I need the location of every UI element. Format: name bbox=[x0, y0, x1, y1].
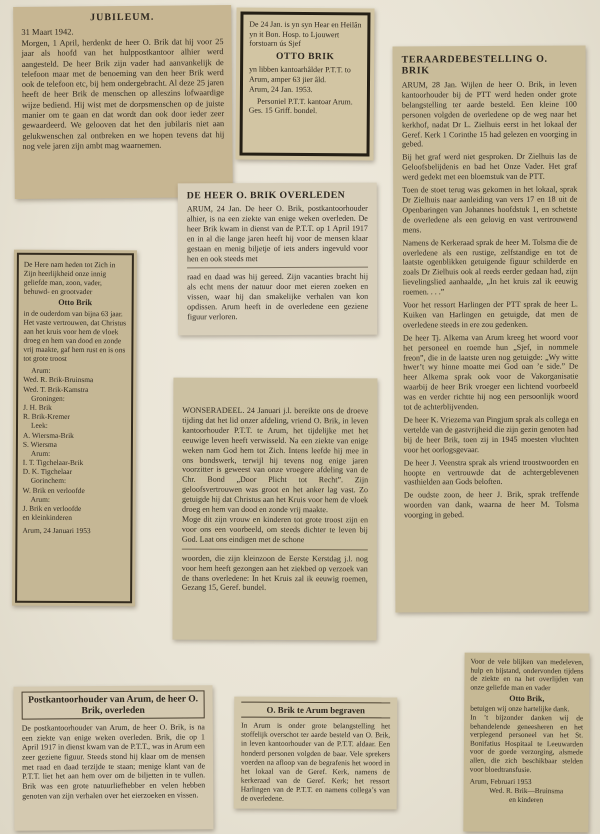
scrapbook-page: JUBILEUM. 31 Maart 1942. Morgen, 1 April… bbox=[0, 0, 600, 834]
mourner-name: en kleinkinderen bbox=[23, 513, 126, 523]
death-notice-place-date: Arum, 24 Jan. 1953. bbox=[249, 84, 361, 95]
teraardebestelling-para: ARUM, 28 Jan. Wijlen de heer O. Brik, in… bbox=[402, 80, 577, 150]
overleden-title: DE HEER O. BRIK OVERLEDEN bbox=[187, 190, 368, 202]
mourner-name: Wed. T. Brik-Kamstra bbox=[23, 384, 126, 394]
teraardebestelling-para: De heer K. Vriezema van Pingjum sprak al… bbox=[403, 415, 578, 456]
mourner-name: S. Wiersma bbox=[23, 439, 126, 449]
mourner-location: Leek: bbox=[23, 421, 126, 431]
mourner-location: Arum: bbox=[23, 494, 126, 504]
teraardebestelling-para: De heer J. Veenstra sprak als vriend tro… bbox=[404, 457, 579, 488]
family-notice-name: Otto Brik bbox=[24, 298, 127, 308]
dankbetuiging-intro: Voor de vele blijken van medeleven, hulp… bbox=[470, 658, 583, 693]
postkantoorhouder-title: Postkantoorhouder van Arum, de heer O. B… bbox=[22, 690, 205, 719]
mourner-name: Wed. R. Brik-Bruinsma bbox=[23, 375, 126, 385]
jubileum-body: Morgen, 1 April, herdenkt de heer O. Bri… bbox=[21, 37, 224, 152]
dankbetuiging-place-date: Arum, Februari 1953 bbox=[470, 777, 583, 787]
teraardebestelling-title: TERAARDEBESTELLING O. BRIK bbox=[402, 54, 577, 77]
wonseradeel-para2: Moge dit zijn vrouw en kinderen tot grot… bbox=[182, 515, 368, 545]
teraardebestelling-para: De heer Tj. Alkema van Arum kreeg het wo… bbox=[403, 332, 578, 412]
family-notice-intro: De Here nam heden tot Zich in Zijn heerl… bbox=[24, 260, 127, 297]
mourner-name: I. T. Tigchelaar-Brik bbox=[23, 458, 126, 468]
teraardebestelling-para: De oudste zoon, de heer J. Brik, sprak t… bbox=[404, 490, 579, 521]
clipping-postkantoorhouder: Postkantoorhouder van Arum, de heer O. B… bbox=[13, 685, 213, 830]
clipping-overleden: DE HEER O. BRIK OVERLEDEN ARUM, 24 Jan. … bbox=[178, 183, 378, 336]
death-notice-intro: De 24 Jan. is yn syn Hear en Heilân yn i… bbox=[249, 20, 361, 50]
death-notice-details: yn libben kantoarhâlder P.T.T. to Arum, … bbox=[249, 65, 361, 85]
jubileum-date: 31 Maart 1942. bbox=[21, 25, 223, 37]
overleden-para2: raad en daad was hij gereed. Zijn vacant… bbox=[187, 272, 368, 322]
clipping-family-notice: De Here nam heden tot Zich in Zijn heerl… bbox=[12, 250, 137, 607]
mourner-name: A. Wiersma-Brik bbox=[23, 430, 126, 440]
overleden-para1: ARUM, 24 Jan. De heer O. Brik, postkanto… bbox=[187, 204, 368, 264]
mourner-name: J. Brik en verloofde bbox=[23, 504, 126, 514]
clipping-dankbetuiging: Voor de vele blijken van medeleven, hulp… bbox=[463, 653, 589, 833]
clipping-death-notice: De 24 Jan. is yn syn Hear en Heilân yn i… bbox=[235, 8, 374, 161]
begraven-title: O. Brik te Arum begraven bbox=[241, 702, 390, 719]
wonseradeel-para1: WONSERADEEL. 24 Januari j.l. bereikte on… bbox=[182, 406, 368, 516]
family-notice-faith: Het vaste vertrouwen, dat Christus aan h… bbox=[23, 318, 126, 364]
mourner-name: D. K. Tigchelaar bbox=[23, 467, 126, 477]
postkantoorhouder-body: De postkantoorhouder van Arum, de heer O… bbox=[22, 722, 206, 801]
clipping-seam bbox=[187, 267, 368, 269]
teraardebestelling-para: Bij het graf werd niet gesproken. Dr Zie… bbox=[402, 152, 577, 183]
teraardebestelling-para: Voor het ressort Harlingen der PTT sprak… bbox=[403, 300, 578, 331]
family-notice-frame: De Here nam heden tot Zich in Zijn heerl… bbox=[15, 253, 134, 604]
clipping-wonseradeel: WONSERADEEL. 24 Januari j.l. bereikte on… bbox=[173, 378, 378, 641]
mourner-name: W. Brik en verloofde bbox=[23, 485, 126, 495]
dankbetuiging-name: Otto Brik, bbox=[470, 694, 583, 704]
dankbetuiging-body: In ’t bijzonder danken wij de behandelen… bbox=[470, 714, 583, 775]
teraardebestelling-para: Toen de stoet terug was gekomen in het l… bbox=[402, 185, 577, 235]
clipping-begraven: O. Brik te Arum begraven In Arum is onde… bbox=[234, 697, 398, 810]
death-notice-frame: De 24 Jan. is yn syn Hear en Heilân yn i… bbox=[239, 12, 370, 157]
family-notice-place-date: Arum, 24 Januari 1953 bbox=[22, 526, 125, 536]
mourner-location: Gorinchem: bbox=[23, 476, 126, 486]
death-notice-name: OTTO BRIK bbox=[249, 52, 361, 63]
clipping-seam bbox=[182, 548, 368, 550]
death-notice-hymn: Ges. 15 Griff. bondel. bbox=[249, 106, 361, 117]
clipping-teraardebestelling: TERAARDEBESTELLING O. BRIK ARUM, 28 Jan.… bbox=[393, 45, 589, 612]
teraardebestelling-para: Namens de Kerkeraad sprak de heer M. Tol… bbox=[403, 237, 578, 297]
family-notice-names-list: Arum: Wed. R. Brik-Bruinsma Wed. T. Brik… bbox=[23, 366, 127, 522]
wonseradeel-para3: woorden, die zijn kleinzoon de Eerste Ke… bbox=[182, 553, 368, 593]
begraven-body: In Arum is onder grote belangstelling he… bbox=[241, 721, 390, 804]
clipping-jubileum: JUBILEUM. 31 Maart 1942. Morgen, 1 April… bbox=[13, 5, 233, 199]
jubileum-title: JUBILEUM. bbox=[21, 11, 223, 24]
dankbetuiging-signature2: en kinderen bbox=[470, 795, 583, 805]
